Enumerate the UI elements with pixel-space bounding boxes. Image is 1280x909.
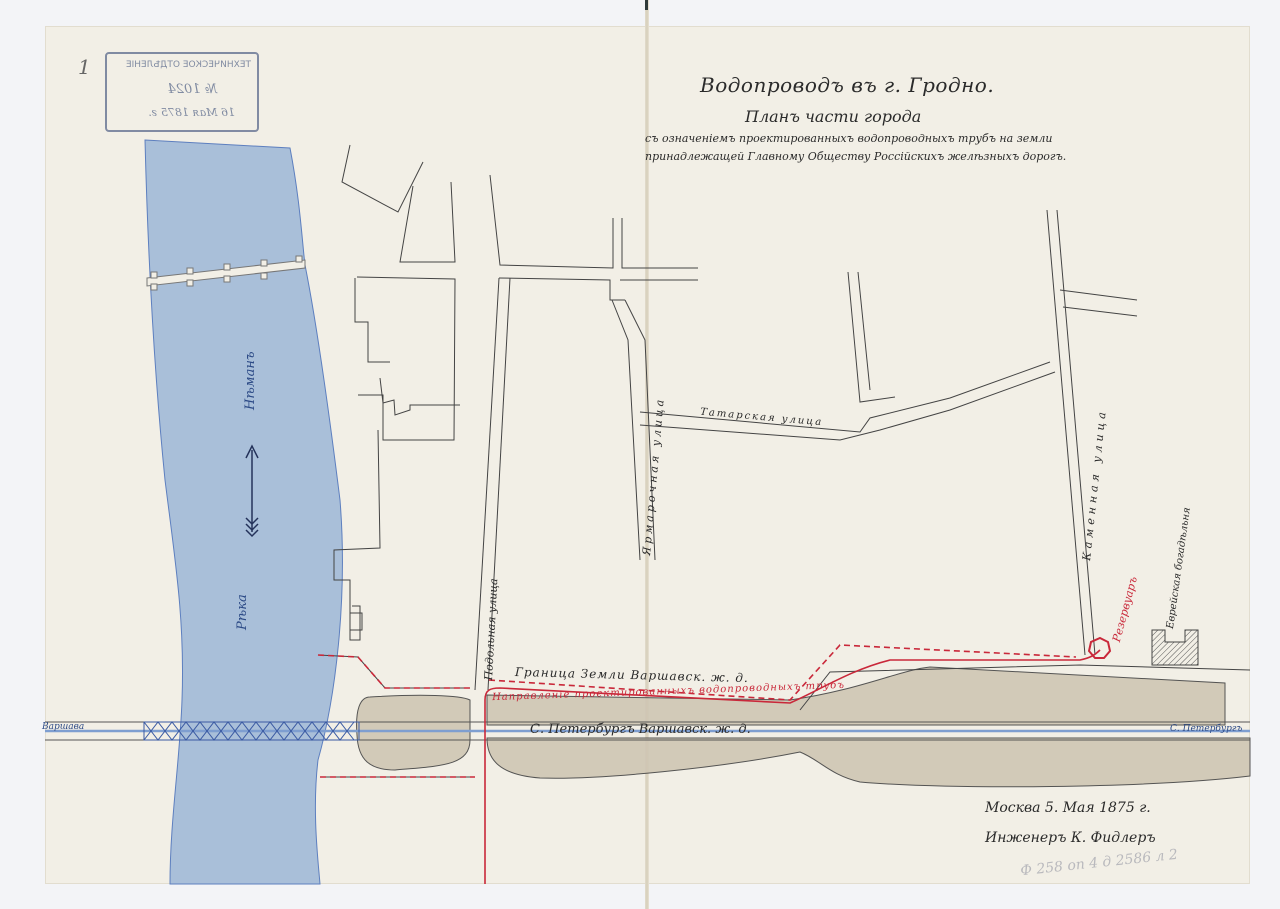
stamp-line-1: ТЕХНИЧЕСКОЕ ОТДѢЛЕНІЕ [126,60,251,70]
sheet-number: 1 [78,55,91,79]
railway-east-terminus: С. Петербургъ [1170,724,1242,734]
stamp-line-3: 16 Мая 1875 г. [148,106,235,119]
railway-name-label: С. Петербургъ Варшавск. ж. д. [530,722,751,737]
railway-west-terminus: Варшава [42,722,84,732]
signature-place-date: Москва 5. Мая 1875 г. [985,800,1151,816]
signature-signer: Инженеръ К. Фидлеръ [985,830,1156,846]
map-drawing [0,0,1280,909]
technical-department-stamp: ТЕХНИЧЕСКОЕ ОТДѢЛЕНІЕ № 1024 16 Мая 1875… [105,52,259,132]
reservoir-icon [1089,638,1110,658]
river-name-neman: Нѣманъ [243,351,258,410]
almshouse-building [1152,630,1198,665]
river-neman [145,140,342,884]
stamp-line-2: № 1024 [167,82,217,97]
map-subtitle: Планъ части города [745,107,921,126]
map-description-line-2: принадлежащей Главному Обществу Россійск… [645,150,1066,163]
map-description-line-1: съ означеніемъ проектированныхъ водопров… [645,132,1052,145]
map-title: Водопроводъ въ г. Гродно. [700,73,994,97]
river-label: Рѣка [235,594,250,630]
